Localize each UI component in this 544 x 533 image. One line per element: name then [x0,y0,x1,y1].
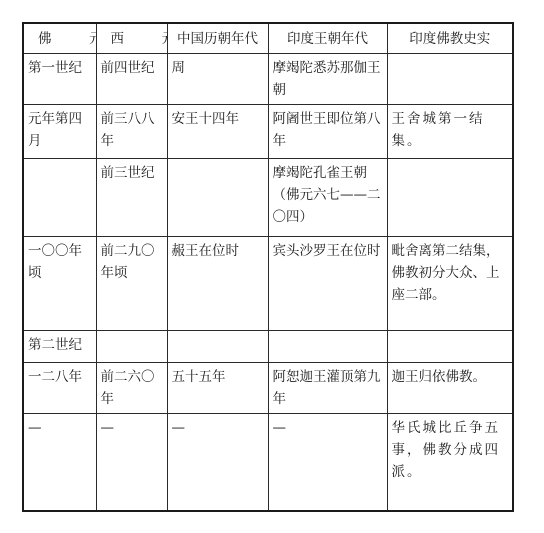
header-buddhist-era: 佛 元 [23,23,96,54]
cell-western-era: 前四世纪 [96,54,167,105]
cell-western-era: — [96,414,167,512]
cell-china-dynasty: 安王十四年 [167,105,268,159]
cell-buddhist-history: 华氏城比丘争五事，佛教分成四派。 [387,414,513,512]
cell-india-dynasty: 阿恕迦王灌顶第九年 [268,363,387,414]
cell-china-dynasty [167,159,268,237]
cell-western-era: 前二六〇年 [96,363,167,414]
cell-china-dynasty: 周 [167,54,268,105]
table-row: — — — — 华氏城比丘争五事，佛教分成四派。 [23,414,513,512]
header-china-dynasty: 中国历朝年代 [167,23,268,54]
cell-buddhist-era: 第二世纪 [23,331,96,363]
cell-buddhist-era: 一二八年 [23,363,96,414]
cell-buddhist-history [387,331,513,363]
cell-india-dynasty: — [268,414,387,512]
cell-india-dynasty: 宾头沙罗王在位时 [268,237,387,331]
cell-buddhist-era: 第一世纪 [23,54,96,105]
cell-western-era: 前三世纪 [96,159,167,237]
header-buddhist-history: 印度佛教史实 [387,23,513,54]
cell-buddhist-history [387,54,513,105]
cell-buddhist-history: 毗舍离第二结集，佛教初分大众、上座二部。 [387,237,513,331]
cell-buddhist-history: 迦王归依佛教。 [387,363,513,414]
header-india-dynasty: 印度王朝年代 [268,23,387,54]
table-row: 元年第四月 前三八八年 安王十四年 阿阇世王即位第八年 王舍城第一结集。 [23,105,513,159]
cell-china-dynasty [167,331,268,363]
cell-buddhist-era: 元年第四月 [23,105,96,159]
cell-china-dynasty: — [167,414,268,512]
cell-buddhist-history [387,159,513,237]
cell-india-dynasty [268,331,387,363]
cell-western-era: 前三八八年 [96,105,167,159]
table-row: 第二世纪 [23,331,513,363]
cell-india-dynasty: 摩竭陀孔雀王朝（佛元六七——二〇四） [268,159,387,237]
cell-india-dynasty: 阿阇世王即位第八年 [268,105,387,159]
table-row: 前三世纪 摩竭陀孔雀王朝（佛元六七——二〇四） [23,159,513,237]
table-header-row: 佛 元 西 元 中国历朝年代 印度王朝年代 印度佛教史实 [23,23,513,54]
document-page: 佛 元 西 元 中国历朝年代 印度王朝年代 印度佛教史实 第一世纪 前四世纪 周… [0,0,544,533]
table-row: 一二八年 前二六〇年 五十五年 阿恕迦王灌顶第九年 迦王归依佛教。 [23,363,513,414]
cell-buddhist-era: 一〇〇年顷 [23,237,96,331]
cell-india-dynasty: 摩竭陀悉苏那伽王朝 [268,54,387,105]
table-row: 第一世纪 前四世纪 周 摩竭陀悉苏那伽王朝 [23,54,513,105]
cell-western-era [96,331,167,363]
cell-western-era: 前二九〇年顷 [96,237,167,331]
cell-china-dynasty: 赧王在位时 [167,237,268,331]
cell-china-dynasty: 五十五年 [167,363,268,414]
cell-buddhist-era: — [23,414,96,512]
cell-buddhist-history: 王舍城第一结集。 [387,105,513,159]
buddhist-chronology-table: 佛 元 西 元 中国历朝年代 印度王朝年代 印度佛教史实 第一世纪 前四世纪 周… [22,22,514,512]
cell-buddhist-era [23,159,96,237]
header-western-era: 西 元 [96,23,167,54]
table-row: 一〇〇年顷 前二九〇年顷 赧王在位时 宾头沙罗王在位时 毗舍离第二结集，佛教初分… [23,237,513,331]
